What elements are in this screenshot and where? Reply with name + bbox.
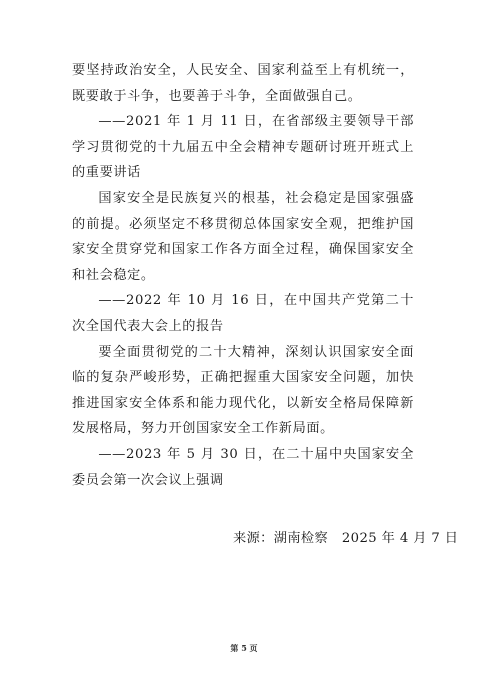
source-line: 来源：湖南检察 2025 年 4 月 7 日 <box>233 527 458 546</box>
attribution-2023: ——2023 年 5 月 30 日，在二十届中央国家安全委员会第一次会议上强调 <box>72 442 414 493</box>
page-number: 第 5 页 <box>0 643 488 654</box>
attribution-2021: ——2021 年 1 月 11 日，在省部级主要领导干部学习贯彻党的十九届五中全… <box>72 109 414 186</box>
attribution-2022: ——2022 年 10 月 16 日，在中国共产党第二十次全国代表大会上的报告 <box>72 288 414 339</box>
paragraph-closing-quote: 要坚持政治安全，人民安全、国家利益至上有机统一，既要敢于斗争，也要善于斗争，全面… <box>72 58 414 109</box>
paragraph-quote-2022: 国家安全是民族复兴的根基，社会稳定是国家强盛的前提。必须坚定不移贯彻总体国家安全… <box>72 186 414 288</box>
paragraph-quote-2023: 要全面贯彻党的二十大精神，深刻认识国家安全面临的复杂严峻形势，正确把握重大国家安… <box>72 340 414 442</box>
document-body: 要坚持政治安全，人民安全、国家利益至上有机统一，既要敢于斗争，也要善于斗争，全面… <box>72 58 414 493</box>
